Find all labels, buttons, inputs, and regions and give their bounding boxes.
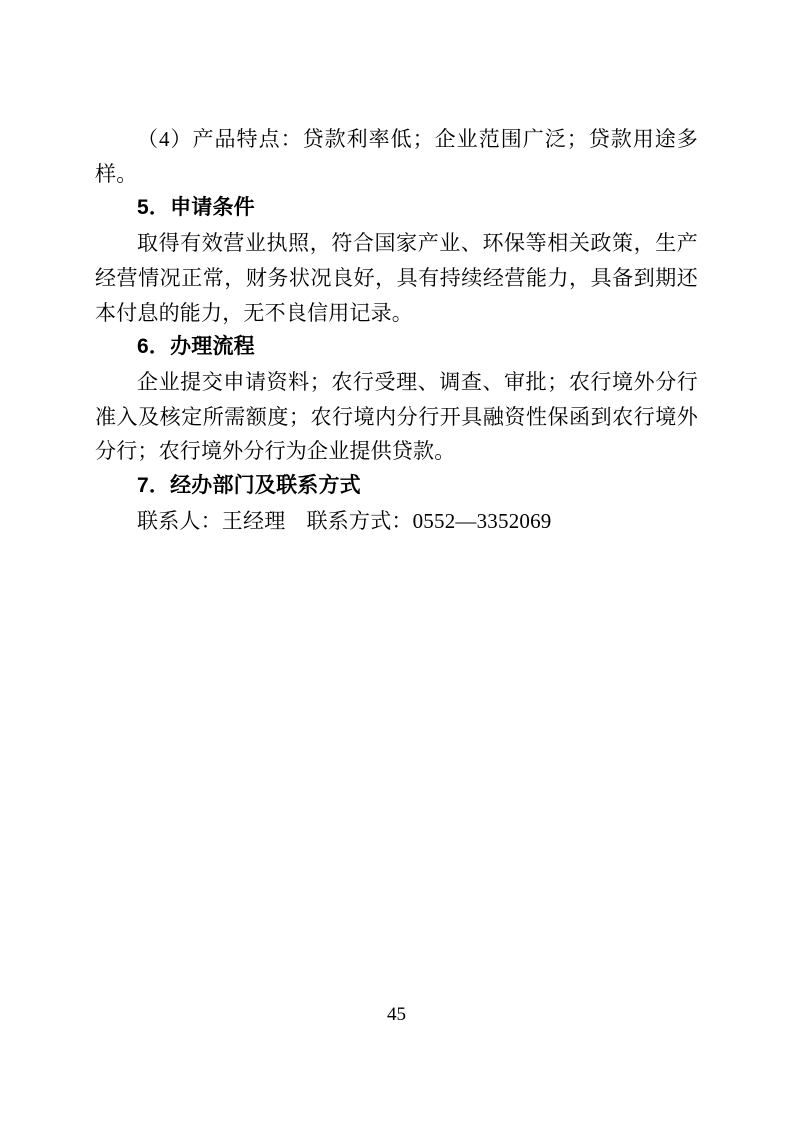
- document-page: （4）产品特点：贷款利率低；企业范围广泛；贷款用途多样。 5．申请条件 取得有效…: [0, 0, 793, 1122]
- paragraph-processing-flow: 企业提交申请资料；农行受理、调查、审批；农行境外分行准入及核定所需额度；农行境内…: [95, 365, 698, 469]
- contact-info-line: 联系人：王经理 联系方式：0552—3352069: [95, 504, 698, 539]
- page-number: 45: [0, 1002, 793, 1028]
- document-body: （4）产品特点：贷款利率低；企业范围广泛；贷款用途多样。 5．申请条件 取得有效…: [95, 122, 698, 538]
- heading-department-contact: 7．经办部门及联系方式: [95, 469, 698, 504]
- heading-application-conditions: 5．申请条件: [95, 191, 698, 226]
- paragraph-application-conditions: 取得有效营业执照，符合国家产业、环保等相关政策，生产经营情况正常，财务状况良好，…: [95, 226, 698, 330]
- paragraph-product-features: （4）产品特点：贷款利率低；企业范围广泛；贷款用途多样。: [95, 122, 698, 191]
- heading-processing-flow: 6．办理流程: [95, 330, 698, 365]
